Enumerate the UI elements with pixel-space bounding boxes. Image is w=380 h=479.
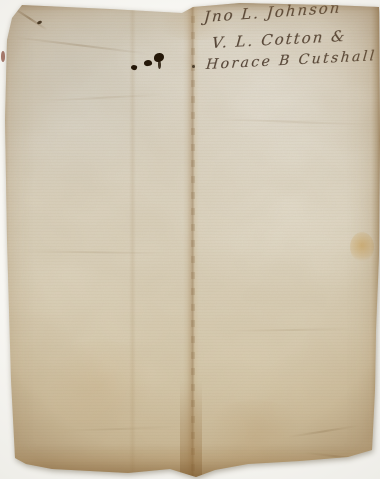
paper-shadow: Jno L. Johnson V. L. Cotton & Horace B C… <box>0 0 380 479</box>
aging-vignette <box>0 0 380 479</box>
scan-background: Jno L. Johnson V. L. Cotton & Horace B C… <box>0 0 380 479</box>
paper-sheet: Jno L. Johnson V. L. Cotton & Horace B C… <box>0 0 380 479</box>
red-edge-mark <box>1 51 5 62</box>
